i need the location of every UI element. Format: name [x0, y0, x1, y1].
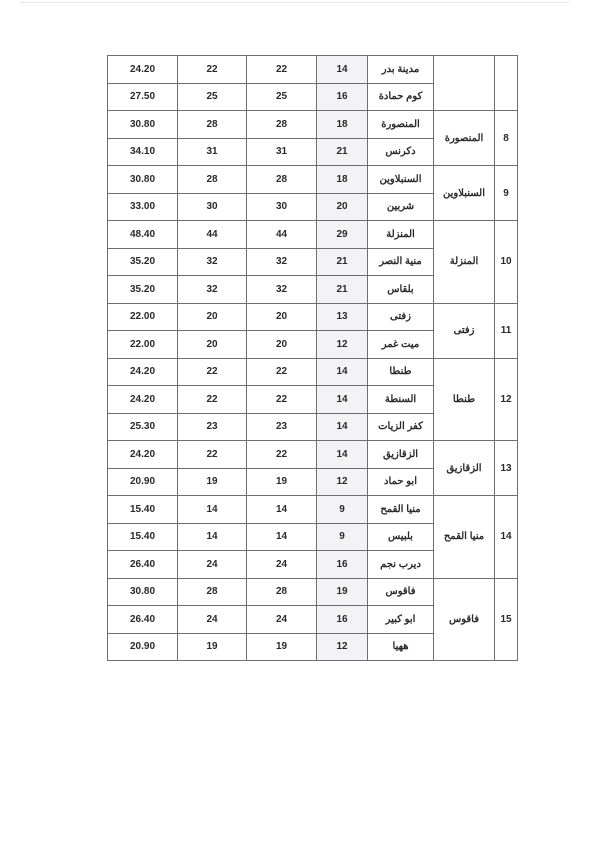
station-name-cell: كفر الزيات	[368, 413, 434, 441]
center-name-cell: طنطا	[434, 358, 495, 441]
station-name-cell: ديرب نجم	[368, 551, 434, 579]
station-name-cell: زفتى	[368, 303, 434, 331]
row-number-cell	[495, 56, 518, 111]
table-row: 30.80282818المنصورةالمنصورة8	[108, 111, 518, 139]
value-c-cell: 14	[247, 496, 317, 524]
fare-cell: 22.00	[108, 331, 178, 359]
table-row: 24.20222214الزقازيقالزقازيق13	[108, 441, 518, 469]
row-number-cell: 15	[495, 578, 518, 661]
fare-cell: 24.20	[108, 441, 178, 469]
value-b-cell: 19	[178, 468, 247, 496]
value-b-cell: 14	[178, 523, 247, 551]
center-name-cell: فاقوس	[434, 578, 495, 661]
fare-cell: 34.10	[108, 138, 178, 166]
station-name-cell: ههيا	[368, 633, 434, 661]
fare-cell: 30.80	[108, 111, 178, 139]
table-row: 30.80282819فاقوسفاقوس15	[108, 578, 518, 606]
row-number-cell: 9	[495, 166, 518, 221]
distance-cell: 16	[317, 551, 368, 579]
value-c-cell: 19	[247, 633, 317, 661]
distance-cell: 14	[317, 386, 368, 414]
fare-table-body: 24.20222214مدينة بدر27.50252516كوم حمادة…	[108, 56, 518, 661]
value-b-cell: 14	[178, 496, 247, 524]
row-number-cell: 12	[495, 358, 518, 441]
value-c-cell: 14	[247, 523, 317, 551]
distance-cell: 18	[317, 111, 368, 139]
fare-cell: 35.20	[108, 248, 178, 276]
distance-cell: 12	[317, 331, 368, 359]
fare-cell: 15.40	[108, 496, 178, 524]
value-b-cell: 19	[178, 633, 247, 661]
value-c-cell: 30	[247, 193, 317, 221]
value-b-cell: 44	[178, 221, 247, 249]
value-c-cell: 44	[247, 221, 317, 249]
row-number-cell: 14	[495, 496, 518, 579]
center-name-cell: زفتى	[434, 303, 495, 358]
row-number-cell: 13	[495, 441, 518, 496]
station-name-cell: منيا القمح	[368, 496, 434, 524]
row-number-cell: 8	[495, 111, 518, 166]
value-b-cell: 24	[178, 606, 247, 634]
value-c-cell: 25	[247, 83, 317, 111]
station-name-cell: السنطة	[368, 386, 434, 414]
fare-cell: 26.40	[108, 606, 178, 634]
value-b-cell: 32	[178, 276, 247, 304]
fare-cell: 33.00	[108, 193, 178, 221]
station-name-cell: ميت غمر	[368, 331, 434, 359]
station-name-cell: بلقاس	[368, 276, 434, 304]
value-c-cell: 24	[247, 551, 317, 579]
value-b-cell: 22	[178, 358, 247, 386]
value-c-cell: 20	[247, 331, 317, 359]
value-b-cell: 28	[178, 111, 247, 139]
station-name-cell: السنبلاوين	[368, 166, 434, 194]
distance-cell: 21	[317, 276, 368, 304]
station-name-cell: الزقازيق	[368, 441, 434, 469]
value-c-cell: 28	[247, 111, 317, 139]
center-name-cell: منيا القمح	[434, 496, 495, 579]
distance-cell: 14	[317, 56, 368, 84]
distance-cell: 20	[317, 193, 368, 221]
table-row: 24.20222214مدينة بدر	[108, 56, 518, 84]
distance-cell: 12	[317, 468, 368, 496]
fare-table: 24.20222214مدينة بدر27.50252516كوم حمادة…	[107, 55, 518, 661]
fare-cell: 26.40	[108, 551, 178, 579]
fare-cell: 25.30	[108, 413, 178, 441]
value-b-cell: 28	[178, 578, 247, 606]
value-c-cell: 24	[247, 606, 317, 634]
distance-cell: 18	[317, 166, 368, 194]
center-name-cell	[434, 56, 495, 111]
station-name-cell: ابو كبير	[368, 606, 434, 634]
fare-cell: 48.40	[108, 221, 178, 249]
value-c-cell: 32	[247, 276, 317, 304]
fare-cell: 20.90	[108, 468, 178, 496]
row-number-cell: 10	[495, 221, 518, 304]
value-c-cell: 22	[247, 441, 317, 469]
fare-cell: 20.90	[108, 633, 178, 661]
center-name-cell: المنزلة	[434, 221, 495, 304]
distance-cell: 16	[317, 83, 368, 111]
value-c-cell: 22	[247, 358, 317, 386]
fare-cell: 22.00	[108, 303, 178, 331]
value-c-cell: 28	[247, 578, 317, 606]
value-c-cell: 28	[247, 166, 317, 194]
value-c-cell: 19	[247, 468, 317, 496]
fare-cell: 24.20	[108, 358, 178, 386]
distance-cell: 12	[317, 633, 368, 661]
station-name-cell: مدينة بدر	[368, 56, 434, 84]
value-b-cell: 28	[178, 166, 247, 194]
value-b-cell: 25	[178, 83, 247, 111]
fare-cell: 30.80	[108, 578, 178, 606]
station-name-cell: دكرنس	[368, 138, 434, 166]
distance-cell: 9	[317, 523, 368, 551]
value-b-cell: 22	[178, 56, 247, 84]
fare-cell: 24.20	[108, 386, 178, 414]
scan-edge-line	[20, 2, 570, 3]
distance-cell: 13	[317, 303, 368, 331]
table-row: 30.80282818السنبلاوينالسنبلاوين9	[108, 166, 518, 194]
value-b-cell: 20	[178, 331, 247, 359]
value-c-cell: 20	[247, 303, 317, 331]
value-b-cell: 24	[178, 551, 247, 579]
station-name-cell: المنصورة	[368, 111, 434, 139]
value-b-cell: 32	[178, 248, 247, 276]
center-name-cell: المنصورة	[434, 111, 495, 166]
value-b-cell: 23	[178, 413, 247, 441]
station-name-cell: المنزلة	[368, 221, 434, 249]
distance-cell: 21	[317, 138, 368, 166]
row-number-cell: 11	[495, 303, 518, 358]
fare-cell: 27.50	[108, 83, 178, 111]
distance-cell: 19	[317, 578, 368, 606]
fare-cell: 15.40	[108, 523, 178, 551]
table-row: 22.00202013زفتىزفتى11	[108, 303, 518, 331]
station-name-cell: فاقوس	[368, 578, 434, 606]
value-b-cell: 22	[178, 441, 247, 469]
value-b-cell: 31	[178, 138, 247, 166]
distance-cell: 9	[317, 496, 368, 524]
value-c-cell: 22	[247, 56, 317, 84]
center-name-cell: السنبلاوين	[434, 166, 495, 221]
distance-cell: 29	[317, 221, 368, 249]
distance-cell: 16	[317, 606, 368, 634]
station-name-cell: كوم حمادة	[368, 83, 434, 111]
value-c-cell: 23	[247, 413, 317, 441]
value-b-cell: 22	[178, 386, 247, 414]
value-c-cell: 31	[247, 138, 317, 166]
station-name-cell: بلبيس	[368, 523, 434, 551]
station-name-cell: شربين	[368, 193, 434, 221]
station-name-cell: منية النصر	[368, 248, 434, 276]
fare-cell: 35.20	[108, 276, 178, 304]
station-name-cell: ابو حماد	[368, 468, 434, 496]
distance-cell: 14	[317, 441, 368, 469]
fare-cell: 30.80	[108, 166, 178, 194]
center-name-cell: الزقازيق	[434, 441, 495, 496]
station-name-cell: طنطا	[368, 358, 434, 386]
value-b-cell: 20	[178, 303, 247, 331]
distance-cell: 14	[317, 358, 368, 386]
value-b-cell: 30	[178, 193, 247, 221]
fare-cell: 24.20	[108, 56, 178, 84]
distance-cell: 14	[317, 413, 368, 441]
distance-cell: 21	[317, 248, 368, 276]
table-row: 15.4014149منيا القمحمنيا القمح14	[108, 496, 518, 524]
value-c-cell: 32	[247, 248, 317, 276]
table-row: 24.20222214طنطاطنطا12	[108, 358, 518, 386]
value-c-cell: 22	[247, 386, 317, 414]
table-row: 48.40444429المنزلةالمنزلة10	[108, 221, 518, 249]
